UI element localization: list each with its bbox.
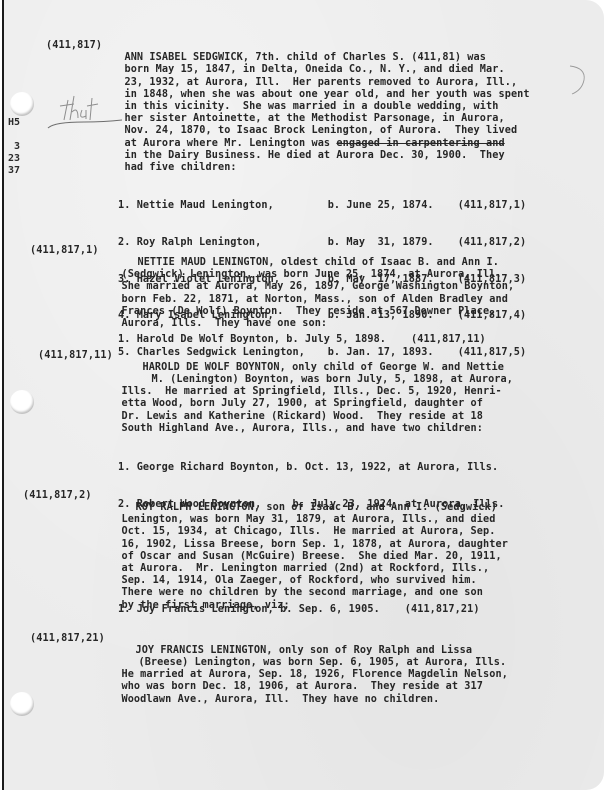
entry-line: Frances (De Wolf) Boynton. They reside a…: [121, 306, 495, 317]
margin-code: 3: [2, 141, 20, 152]
entry-line: South Highland Ave., Aurora, Ills., and …: [121, 423, 483, 434]
child-text: 1. Harold De Wolf Boynton, b. July 5, 18…: [118, 334, 386, 345]
entry-line: in the Dairy Business. He died at Aurora…: [124, 150, 504, 161]
entry-line: Woodlawn Ave., Aurora, Ill. They have no…: [121, 694, 439, 705]
punch-hole: [10, 92, 34, 116]
entry-line: her sister Antoinette, at the Methodist …: [124, 113, 504, 124]
child-name: Nettie Maud Lenington,: [137, 200, 328, 212]
entry-line: Dr. Lewis and Katherine (Rickard) Wood. …: [121, 411, 483, 422]
entry-line: 23, 1932, at Aurora, Ill. Her parents re…: [124, 77, 517, 88]
entry-ref: (411,817,1): [30, 245, 99, 257]
entry-line: 16, 1902, Lissa Breese, born Sep. 1, 187…: [121, 539, 507, 550]
entry-line: He married at Aurora, Sep. 18, 1926, Flo…: [121, 669, 507, 680]
child-ref: (411,817,1): [458, 200, 527, 211]
entry-line: Lenington, was born May 31, 1879, at Aur…: [121, 514, 495, 525]
entry-line: ANN ISABEL SEDGWICK, 7th. child of Charl…: [124, 52, 486, 63]
entry-ref: (411,817,2): [23, 490, 92, 502]
child-number: 1.: [118, 200, 130, 211]
child-number: 5.: [118, 347, 130, 358]
entry-line: who was born Dec. 18, 1906, at Aurora. T…: [121, 681, 483, 692]
margin-code: 23: [2, 153, 20, 164]
child-ref: (411,817,11): [411, 334, 486, 345]
entry-line-text: at Aurora where Mr. Lenington was: [124, 138, 336, 149]
entry-line: of Oscar and Susan (McGuire) Breese. She…: [121, 551, 501, 562]
entry-body-continued: Ills. He married at Springfield, Ills., …: [109, 374, 502, 435]
struck-text: engaged in carpentering and: [336, 138, 504, 149]
child-row: 1. George Richard Boynton, b. Oct. 13, 1…: [118, 462, 504, 474]
entry-ref: (411,817): [46, 40, 102, 52]
entry-line: in this vicinity. She was married in a d…: [124, 101, 498, 112]
entry-line: Ills. He married at Springfield, Ills., …: [121, 386, 501, 397]
entry-line: (Sedgwick) Lenington, was born June 25, …: [121, 269, 501, 280]
child-text: 1. Joy Francis Lenington, b. Sep. 6, 190…: [118, 604, 380, 615]
entry-line: born May 15, 1847, in Delta, Oneida Co.,…: [124, 64, 504, 75]
margin-code: 37: [2, 165, 20, 176]
entry-body-continued: Lenington, was born May 31, 1879, at Aur…: [109, 502, 508, 612]
entry-body-continued: (Sedgwick) Lenington, was born June 25, …: [109, 257, 514, 330]
entry-line: etta Wood, born July 27, 1900, at Spring…: [121, 398, 483, 409]
child-row: 1. Harold De Wolf Boynton, b. July 5, 18…: [118, 334, 486, 346]
entry-line: Nov. 24, 1870, to Isaac Brock Lenington,…: [124, 125, 517, 136]
entry-ref: (411,817,21): [30, 633, 105, 645]
margin-code: H5: [2, 117, 20, 128]
entry-line: Sep. 14, 1914, Ola Zaeger, of Rockford, …: [121, 575, 476, 586]
punch-hole: [10, 692, 34, 716]
entry-ref: (411,817,11): [38, 350, 113, 362]
entry-body-continued: He married at Aurora, Sep. 18, 1926, Flo…: [109, 657, 508, 706]
entry-line: Oct. 15, 1934, at Chicago, Ills. He marr…: [121, 526, 495, 537]
child-ref: (411,817,21): [405, 604, 480, 615]
entry-line: had five children:: [124, 162, 236, 173]
child-row: 1. Nettie Maud Lenington,b. June 25, 187…: [118, 200, 526, 212]
child-birth: b. June 25, 1874.: [328, 200, 458, 212]
entry-line: born Feb. 22, 1871, at Norton, Mass., so…: [121, 294, 507, 305]
entry-line: in 1848, when she was about one year old…: [124, 89, 529, 100]
entry-line: at Aurora where Mr. Lenington was engage…: [124, 138, 504, 149]
entry-line: at Aurora. Mr. Lenington married (2nd) a…: [121, 563, 489, 574]
child-row: 1. Joy Francis Lenington, b. Sep. 6, 190…: [118, 604, 480, 616]
entry-body: ANN ISABEL SEDGWICK, 7th. child of Charl…: [112, 40, 530, 174]
entry-line: Aurora, Ills. They have one son:: [121, 318, 327, 329]
entry-line: There were no children by the second mar…: [121, 587, 483, 598]
punch-hole: [10, 390, 34, 414]
entry-line: She married at Aurora, May 26, 1897, Geo…: [121, 281, 514, 292]
pencil-mark-icon: [564, 60, 594, 120]
